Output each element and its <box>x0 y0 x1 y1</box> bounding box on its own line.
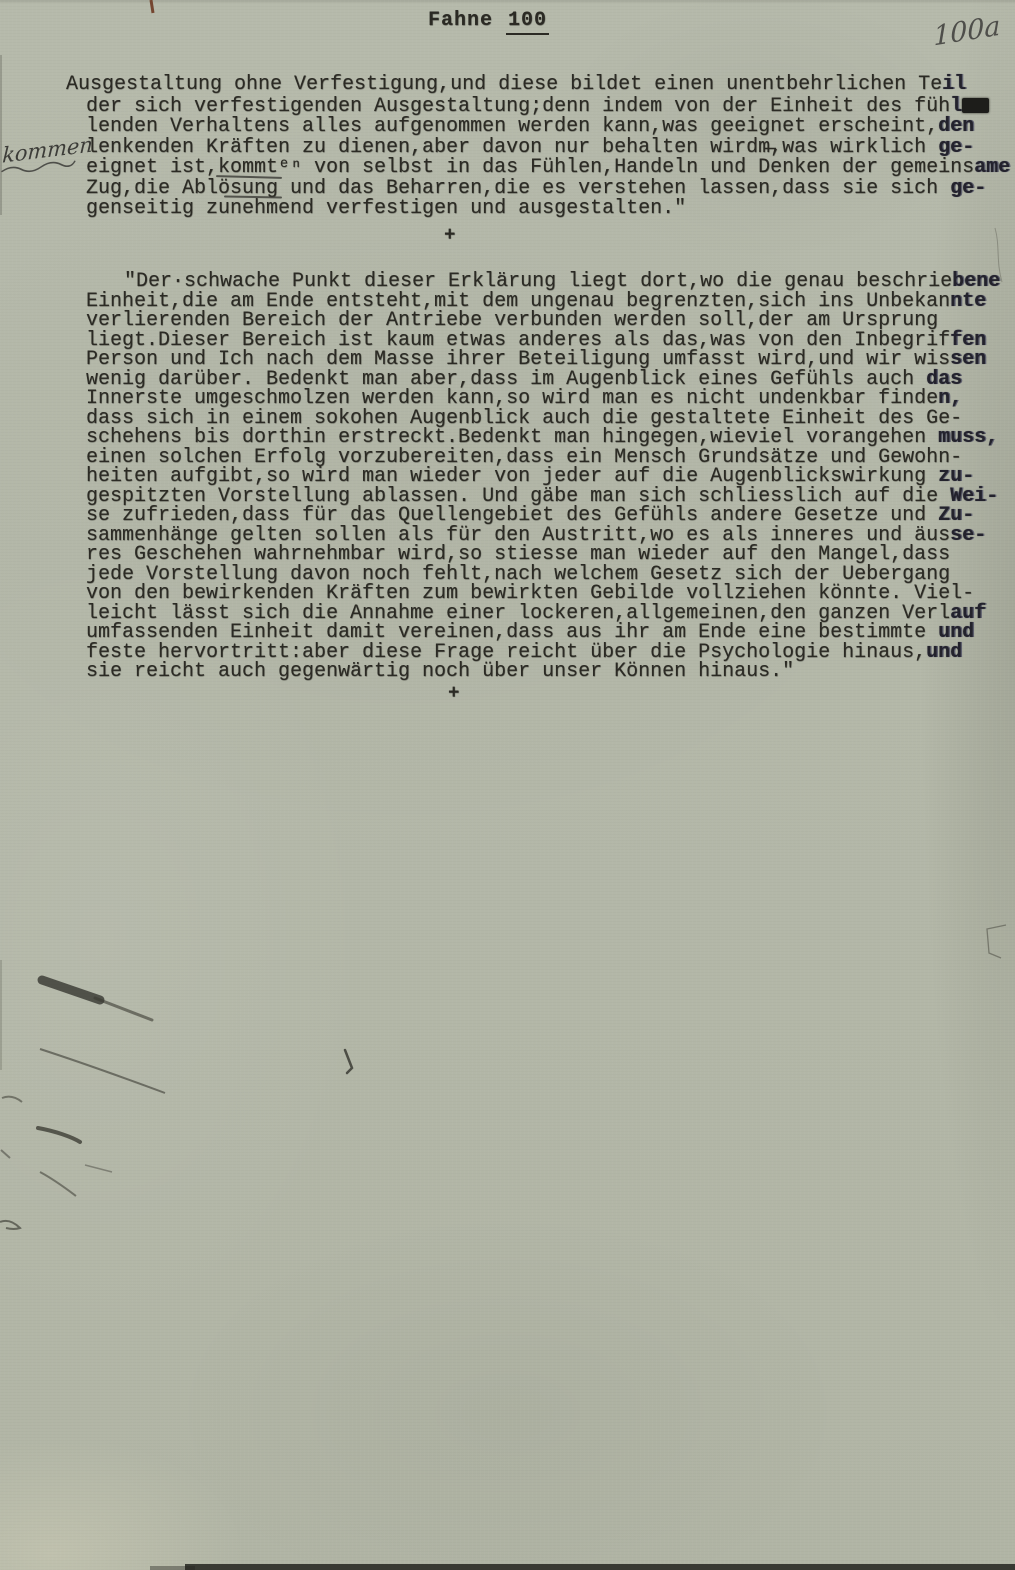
crease-right-mid <box>987 925 1006 958</box>
left-edge-mark-3 <box>0 1221 20 1229</box>
bottom-edge-shadow <box>185 1564 1015 1570</box>
left-edge-shadow-2 <box>0 960 2 1070</box>
text-line: genseitig zunehmend verfestigen und ausg… <box>86 199 986 220</box>
smeared-line-end: nte <box>950 290 986 313</box>
line-text: sie reicht auch gegenwärtig noch über un… <box>86 660 794 683</box>
text-line: Ausgestaltung ohne Verfestigung,und dies… <box>66 75 986 96</box>
small-ink-mark <box>345 1050 352 1073</box>
paragraph-2: "Der·schwache Punkt dieser Erklärung lie… <box>86 272 986 682</box>
paragraph-1: Ausgestaltung ohne Verfestigung,und dies… <box>86 75 986 220</box>
line-text: genseitig zunehmend verfestigen und ausg… <box>86 197 686 220</box>
left-edge-mark-2 <box>1 1150 10 1158</box>
fold-mark-3 <box>40 1172 76 1196</box>
smeared-line-end: se- <box>950 524 986 547</box>
section-separator-1: + <box>444 224 455 246</box>
ink-smudge-tail <box>95 998 152 1020</box>
bottom-edge-shadow-fade <box>150 1566 195 1570</box>
left-edge-mark-1 <box>2 1097 22 1102</box>
ink-line-smear <box>40 1049 165 1093</box>
red-ink-tick <box>151 0 153 13</box>
text-line: Zug,die Ablösung und das Beharren,die es… <box>86 179 986 200</box>
fold-mark-1 <box>38 1128 80 1142</box>
text-line: lenkenden Kräften zu dienen,aber davon n… <box>86 138 986 159</box>
smeared-line-end: ge- <box>950 177 986 200</box>
smeared-line-end: il <box>942 73 966 96</box>
scanned-document-page: Fahne 100 100a kommen Ausgestaltung ohne… <box>0 0 1015 1570</box>
text-line: lenden Verhaltens alles aufgenommen werd… <box>86 117 986 138</box>
left-edge-shadow-1 <box>0 55 2 215</box>
page-title: Fahne 100 <box>428 9 549 32</box>
ink-smudge-heavy <box>42 980 100 1000</box>
section-separator-2: + <box>448 682 459 704</box>
paper-marks-overlay <box>0 0 1015 1570</box>
handwritten-margin-note: kommen <box>2 132 94 167</box>
fold-mark-2 <box>85 1165 112 1172</box>
ink-blot <box>962 98 989 113</box>
text-line: sie reicht auch gegenwärtig noch über un… <box>86 662 986 682</box>
smeared-line-end: und <box>926 641 962 664</box>
page-title-number: 100 <box>506 9 549 35</box>
text-line: der sich verfestigenden Ausgestaltung;de… <box>86 96 986 118</box>
handwritten-page-number: 100a <box>933 11 1000 53</box>
paper-grain <box>0 0 1015 1570</box>
page-title-word: Fahne <box>428 9 493 32</box>
line-text: Ausgestaltung ohne Verfestigung,und dies… <box>66 73 942 96</box>
